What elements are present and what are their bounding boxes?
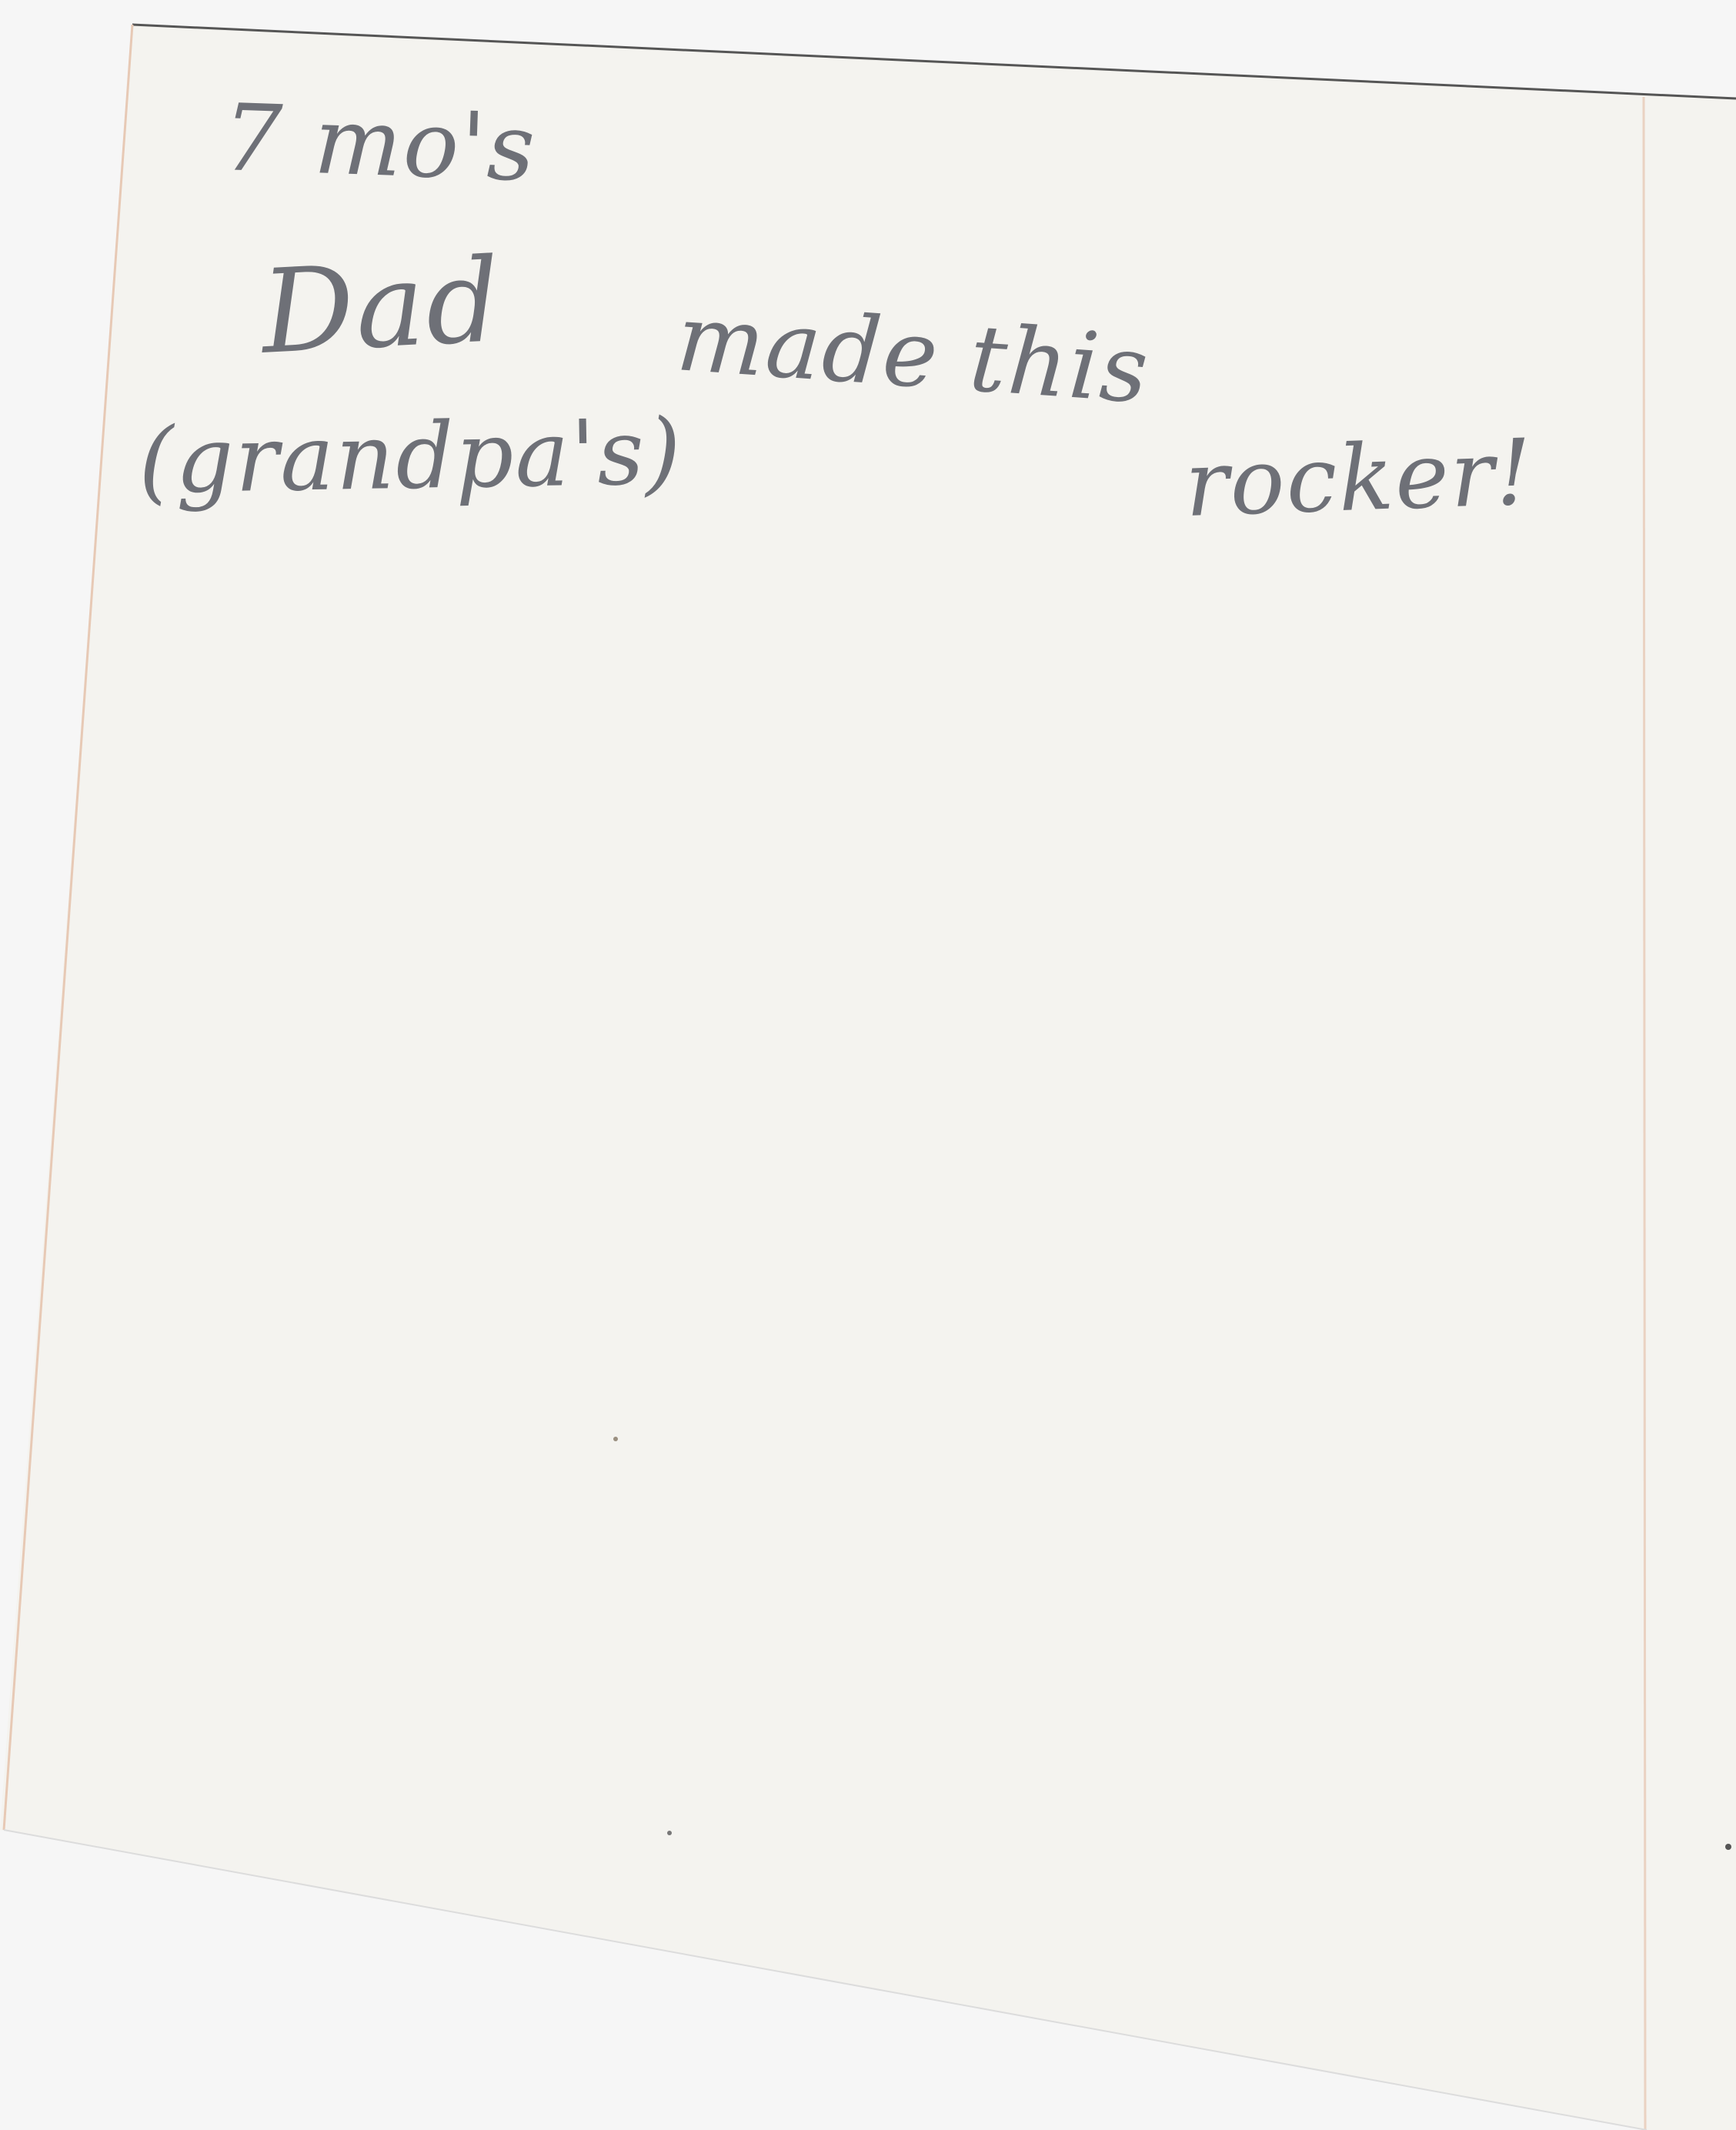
handwriting-line-age: 7 mo's (222, 85, 539, 202)
handwriting-rocker: rocker! (1183, 419, 1535, 537)
handwriting-grandpas: (grandpa's) (138, 399, 683, 514)
handwriting-dad: Dad (258, 234, 504, 380)
